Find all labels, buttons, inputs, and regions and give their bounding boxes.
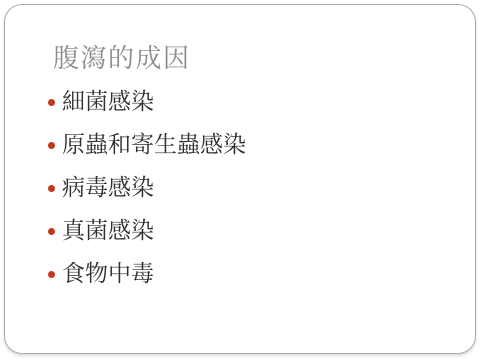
- bullet-icon: [48, 228, 55, 235]
- list-item: 原蟲和寄生蟲感染: [48, 123, 246, 166]
- bullet-list: 細菌感染 原蟲和寄生蟲感染 病毒感染 真菌感染 食物中毒: [48, 80, 246, 295]
- bullet-text: 真菌感染: [62, 219, 154, 242]
- list-item: 食物中毒: [48, 252, 246, 295]
- bullet-text: 病毒感染: [62, 176, 154, 199]
- bullet-icon: [48, 271, 55, 278]
- bullet-text: 細菌感染: [62, 90, 154, 113]
- list-item: 病毒感染: [48, 166, 246, 209]
- bullet-text: 原蟲和寄生蟲感染: [62, 133, 246, 156]
- list-item: 細菌感染: [48, 80, 246, 123]
- bullet-icon: [48, 142, 55, 149]
- slide-title: 腹瀉的成因: [53, 38, 191, 75]
- presentation-slide: 腹瀉的成因 細菌感染 原蟲和寄生蟲感染 病毒感染 真菌感染 食物中毒: [0, 0, 480, 360]
- bullet-text: 食物中毒: [62, 262, 154, 285]
- bullet-icon: [48, 185, 55, 192]
- bullet-icon: [48, 99, 55, 106]
- list-item: 真菌感染: [48, 209, 246, 252]
